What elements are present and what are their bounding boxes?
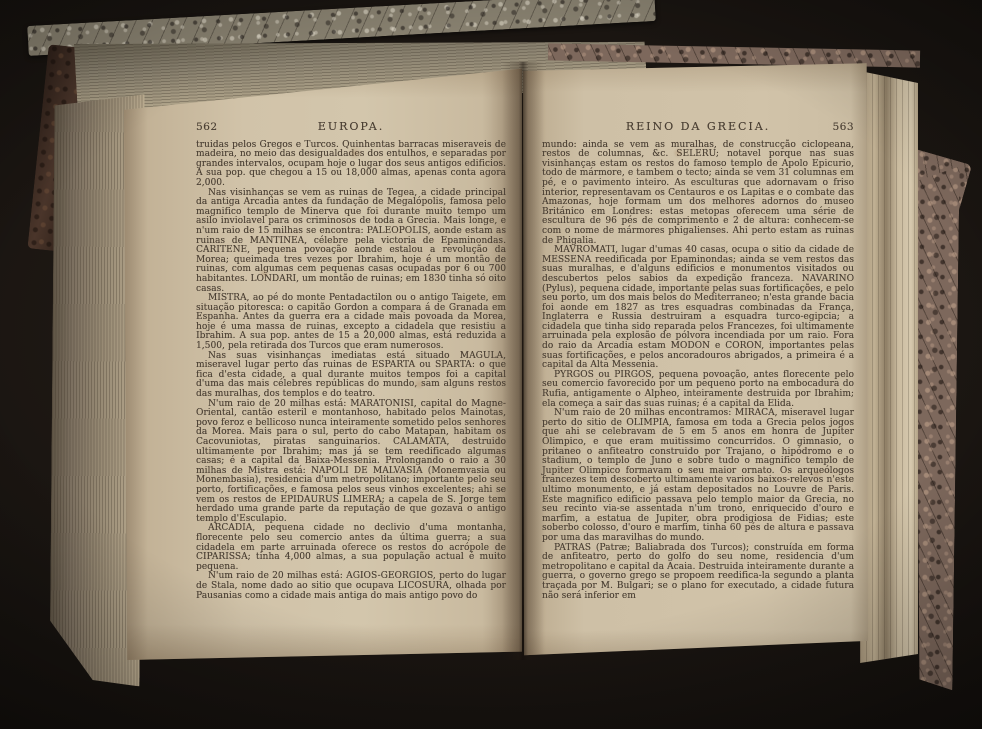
book-photo-scene: 562 EUROPA. truidas pelos Gregos e Turco… — [0, 0, 982, 729]
left-page-paragraphs: truidas pelos Gregos e Turcos. Quinhenta… — [196, 141, 506, 602]
paragraph: ARCADIA, pequena cidade no declivio d'um… — [196, 524, 506, 572]
paragraph: MAVROMATI, lugar d'umas 40 casas, ocupa … — [542, 246, 854, 371]
paragraph: PYRGOS ou PIRGOS, pequena povoação, ante… — [542, 371, 854, 409]
paragraph: N'um raio de 20 milhas está: AGIOS-GEORG… — [196, 572, 506, 601]
paragraph: MISTRA, ao pé do monte Pentadactilon ou … — [196, 294, 506, 352]
paragraph: Nas suas visinhanças imediatas está situ… — [196, 352, 506, 400]
paragraph: Nas visinhanças se vem as ruinas de Tege… — [196, 189, 506, 295]
right-page-number: 563 — [812, 123, 854, 133]
paragraph: truidas pelos Gregos e Turcos. Quinhenta… — [196, 141, 506, 189]
right-page-edges — [860, 68, 918, 666]
right-page-header: REINO DA GRECIA. 563 — [542, 122, 854, 133]
gutter-shadow — [502, 62, 544, 660]
left-page-text-column: 562 EUROPA. truidas pelos Gregos e Turco… — [196, 122, 506, 601]
left-page-header: 562 EUROPA. — [196, 122, 506, 133]
right-page-paragraphs: mundo: ainda se vem as muralhas, de cons… — [542, 141, 854, 602]
paragraph: N'um raio de 20 milhas está: MARATONISI,… — [196, 400, 506, 525]
paragraph: mundo: ainda se vem as muralhas, de cons… — [542, 141, 854, 247]
left-page-number: 562 — [196, 123, 238, 133]
paragraph: PATRAS (Patræ; Baliabrada dos Turcos); c… — [542, 544, 854, 602]
right-running-header: REINO DA GRECIA. — [584, 122, 812, 132]
paragraph: N'um raio de 20 milhas encontramos: MIRA… — [542, 409, 854, 543]
left-running-header: EUROPA. — [238, 122, 464, 132]
right-page-text-column: REINO DA GRECIA. 563 mundo: ainda se vem… — [542, 122, 854, 601]
